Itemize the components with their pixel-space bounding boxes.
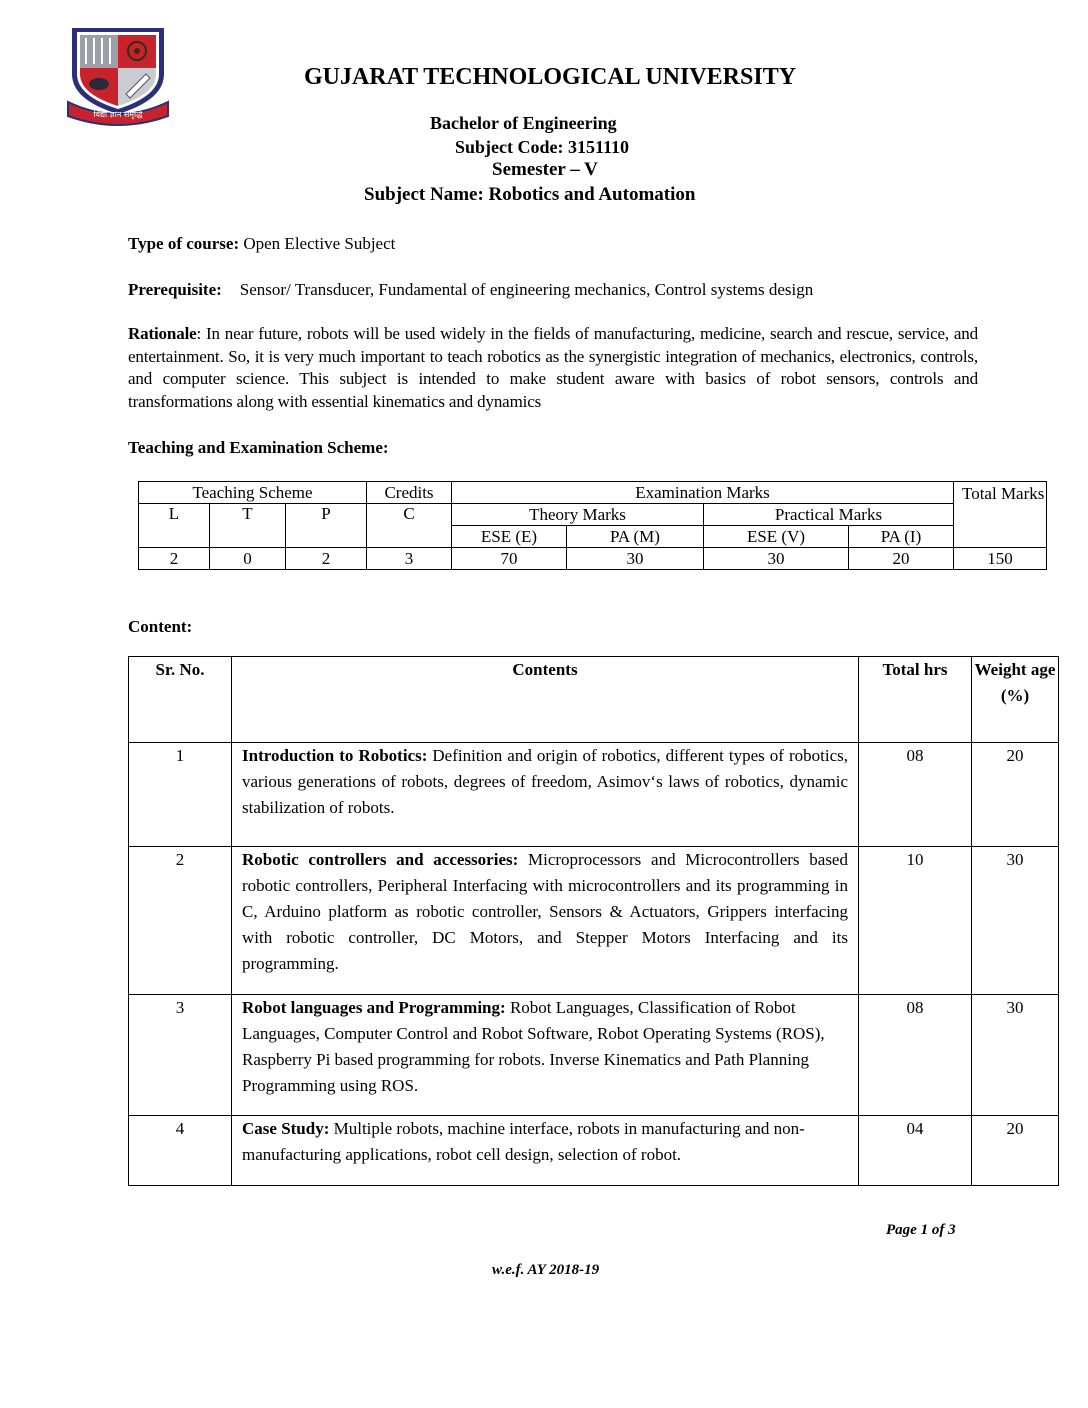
semester: Semester – V <box>492 159 598 181</box>
svg-text:विद्या ज्ञान समृद्धि: विद्या ज्ञान समृद्धि <box>93 109 143 120</box>
row-title: Robotic controllers and accessories: <box>242 850 518 869</box>
rationale: Rationale: In near future, robots will b… <box>128 323 978 413</box>
header-theory-marks: Theory Marks <box>452 504 704 526</box>
value-pa-i: 20 <box>849 548 954 570</box>
header-ese-v: ESE (V) <box>704 526 849 548</box>
type-of-course-value: Open Elective Subject <box>239 234 395 253</box>
row-title: Robot languages and Programming: <box>242 998 506 1017</box>
header-sr-no: Sr. No. <box>129 657 232 743</box>
scheme-heading: Teaching and Examination Scheme: <box>128 437 978 460</box>
rationale-text: : In near future, robots will be used wi… <box>128 324 978 411</box>
content-heading: Content: <box>128 616 978 639</box>
row-contents: Introduction to Robotics: Definition and… <box>232 743 859 847</box>
value-ese-v: 30 <box>704 548 849 570</box>
row-weight: 20 <box>972 1116 1059 1186</box>
header-pa-i: PA (I) <box>849 526 954 548</box>
value-p: 2 <box>286 548 367 570</box>
row-contents: Robotic controllers and accessories: Mic… <box>232 847 859 995</box>
header-weightage: Weight age (%) <box>972 657 1059 743</box>
row-weight: 30 <box>972 995 1059 1116</box>
row-weight: 20 <box>972 743 1059 847</box>
row-sr: 3 <box>129 995 232 1116</box>
value-pa-m: 30 <box>567 548 704 570</box>
table-row: 1 Introduction to Robotics: Definition a… <box>129 743 1059 847</box>
value-ese-e: 70 <box>452 548 567 570</box>
prerequisite-label: Prerequisite: <box>128 280 222 299</box>
header-practical-marks: Practical Marks <box>704 504 954 526</box>
header-p: P <box>286 504 367 548</box>
type-of-course-label: Type of course: <box>128 234 239 253</box>
table-row: 3 Robot languages and Programming: Robot… <box>129 995 1059 1116</box>
row-hrs: 04 <box>859 1116 972 1186</box>
type-of-course: Type of course: Open Elective Subject <box>128 233 978 256</box>
value-l: 2 <box>139 548 210 570</box>
header-contents: Contents <box>232 657 859 743</box>
header-credits: Credits <box>367 482 452 504</box>
header-l: L <box>139 504 210 548</box>
header-t: T <box>210 504 286 548</box>
table-row: 2 Robotic controllers and accessories: M… <box>129 847 1059 995</box>
value-c: 3 <box>367 548 452 570</box>
header-total-marks: Total Marks <box>954 482 1047 548</box>
subject-code: Subject Code: 3151110 <box>455 137 629 158</box>
header-teaching-scheme: Teaching Scheme <box>139 482 367 504</box>
table-row: 4 Case Study: Multiple robots, machine i… <box>129 1116 1059 1186</box>
row-sr: 1 <box>129 743 232 847</box>
page-number: Page 1 of 3 <box>886 1222 956 1239</box>
value-t: 0 <box>210 548 286 570</box>
row-sr: 4 <box>129 1116 232 1186</box>
header-exam-marks: Examination Marks <box>452 482 954 504</box>
row-hrs: 10 <box>859 847 972 995</box>
prerequisite: Prerequisite:Sensor/ Transducer, Fundame… <box>128 279 978 302</box>
row-weight: 30 <box>972 847 1059 995</box>
content-table: Sr. No. Contents Total hrs Weight age (%… <box>128 656 1059 1186</box>
degree-heading: Bachelor of Engineering <box>430 113 617 134</box>
value-total: 150 <box>954 548 1047 570</box>
prerequisite-value: Sensor/ Transducer, Fundamental of engin… <box>240 280 813 299</box>
row-title: Case Study: <box>242 1119 329 1138</box>
effective-from: w.e.f. AY 2018-19 <box>492 1262 599 1279</box>
subject-name: Subject Name: Robotics and Automation <box>364 184 695 206</box>
row-contents: Robot languages and Programming: Robot L… <box>232 995 859 1116</box>
header-pa-m: PA (M) <box>567 526 704 548</box>
row-title: Introduction to Robotics: <box>242 746 427 765</box>
university-title: GUJARAT TECHNOLOGICAL UNIVERSITY <box>0 64 1088 91</box>
row-contents: Case Study: Multiple robots, machine int… <box>232 1116 859 1186</box>
rationale-label: Rationale <box>128 324 197 343</box>
teaching-exam-scheme-table: Teaching Scheme Credits Examination Mark… <box>138 481 1047 570</box>
row-sr: 2 <box>129 847 232 995</box>
header-total-hrs: Total hrs <box>859 657 972 743</box>
header-c: C <box>367 504 452 548</box>
header-ese-e: ESE (E) <box>452 526 567 548</box>
row-hrs: 08 <box>859 995 972 1116</box>
row-hrs: 08 <box>859 743 972 847</box>
content-header-row: Sr. No. Contents Total hrs Weight age (%… <box>129 657 1059 743</box>
